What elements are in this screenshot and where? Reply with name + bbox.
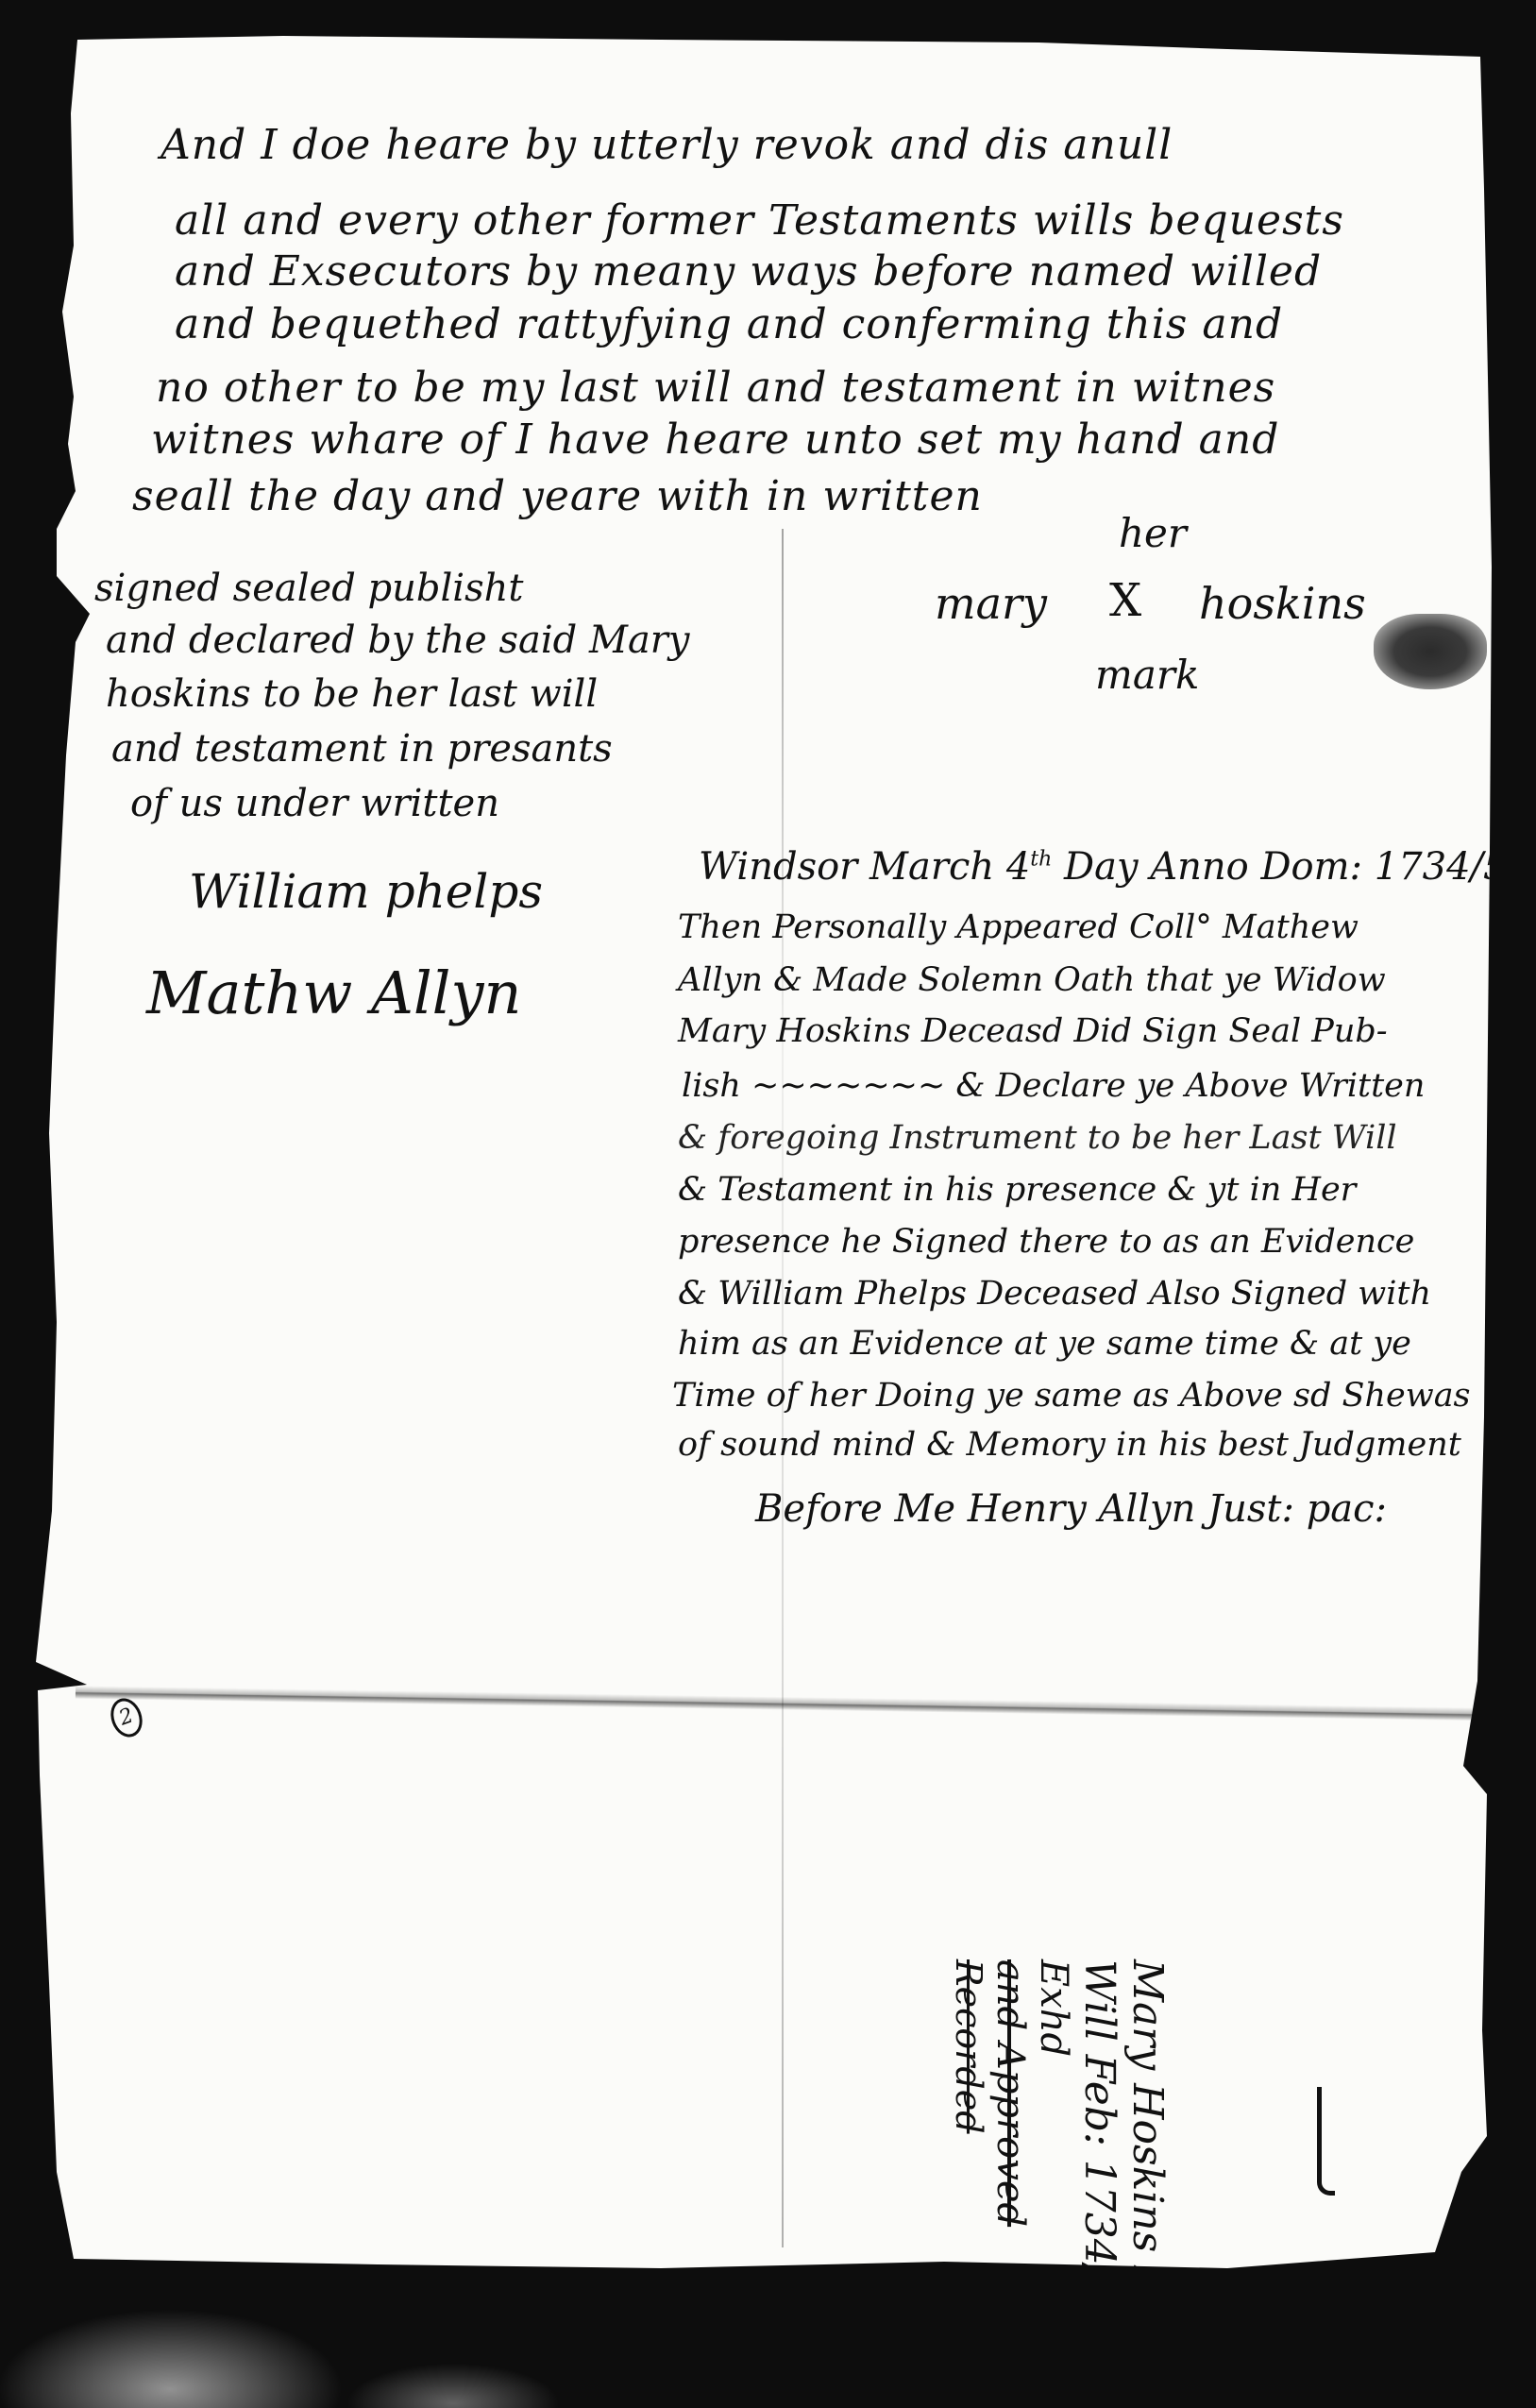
signature-her-label: her [1119, 510, 1187, 556]
manuscript-page: And I doe heare by utterly revok and dis… [0, 0, 1536, 2408]
certificate-place: Windsor [699, 845, 857, 889]
signature-mark-label: mark [1095, 652, 1199, 698]
certificate-month: March [869, 845, 994, 889]
horizontal-fold-crease [76, 1686, 1482, 1721]
certificate-day: 4 [1006, 845, 1030, 889]
will-line-6: witnes whare of I have heare unto set my… [151, 415, 1279, 464]
certificate-line-7: & Testament in his presence & yt in Her [678, 1171, 1356, 1209]
certificate-line-5-text: lish ~~~~~~~ & Declare ye Above Written [682, 1067, 1425, 1105]
will-line-7: seall the day and yeare with in written [132, 472, 983, 520]
certificate-day-suffix: th [1030, 848, 1052, 872]
signature-first-name: mary [935, 578, 1047, 629]
will-line-3: and Exsecutors by meany ways before name… [175, 247, 1322, 296]
attestation-line-1: signed sealed publisht [94, 567, 523, 610]
endorsement-flourish [1317, 2087, 1335, 2196]
certificate-line-2: Then Personally Appeared Coll° Mathew [678, 908, 1359, 946]
certificate-date-line: Windsor March 4th Day Anno Dom: 1734/5 [699, 845, 1507, 889]
certificate-justice-line: Before Me Henry Allyn Just: pac: [755, 1487, 1387, 1531]
certificate-line-3: Allyn & Made Solemn Oath that ye Widow [678, 961, 1386, 999]
corner-page-number: 2 [106, 1694, 147, 1741]
certificate-line-10: him as an Evidence at ye same time & at … [678, 1325, 1411, 1363]
certificate-date-rest: Day Anno Dom: 1734/5 [1064, 845, 1507, 889]
certificate-line-8: presence he Signed there to as an Eviden… [678, 1223, 1414, 1261]
certificate-line-12: of sound mind & Memory in his best Judgm… [678, 1426, 1461, 1464]
attestation-line-2: and declared by the said Mary [106, 619, 690, 662]
witness-william-phelps: William phelps [189, 864, 543, 919]
will-line-5: no other to be my last will and testamen… [156, 364, 1275, 412]
certificate-line-6: & foregoing Instrument to be her Last Wi… [678, 1119, 1397, 1157]
will-line-1: And I doe heare by utterly revok and dis… [160, 121, 1173, 169]
attestation-line-4: and testament in presants [111, 727, 613, 771]
attestation-line-5: of us under written [130, 782, 499, 825]
will-line-2: all and every other former Testaments wi… [175, 196, 1344, 245]
certificate-line-4: Mary Hoskins Deceasd Did Sign Seal Pub- [678, 1012, 1388, 1050]
signature-last-name: hoskins [1199, 578, 1366, 629]
wax-seal-stain [1374, 614, 1487, 689]
will-line-4: and bequethed rattyfying and conferming … [175, 300, 1283, 348]
certificate-line-9: & William Phelps Deceased Also Signed wi… [678, 1275, 1431, 1313]
witness-mathew-allyn: Mathw Allyn [146, 958, 521, 1027]
certificate-line-11: Time of her Doing ye same as Above sd Sh… [672, 1377, 1471, 1415]
signature-x-mark: X [1109, 574, 1141, 627]
certificate-line-5: lish ~~~~~~~ & Declare ye Above Written [682, 1067, 1425, 1105]
attestation-line-3: hoskins to be her last will [106, 672, 598, 716]
